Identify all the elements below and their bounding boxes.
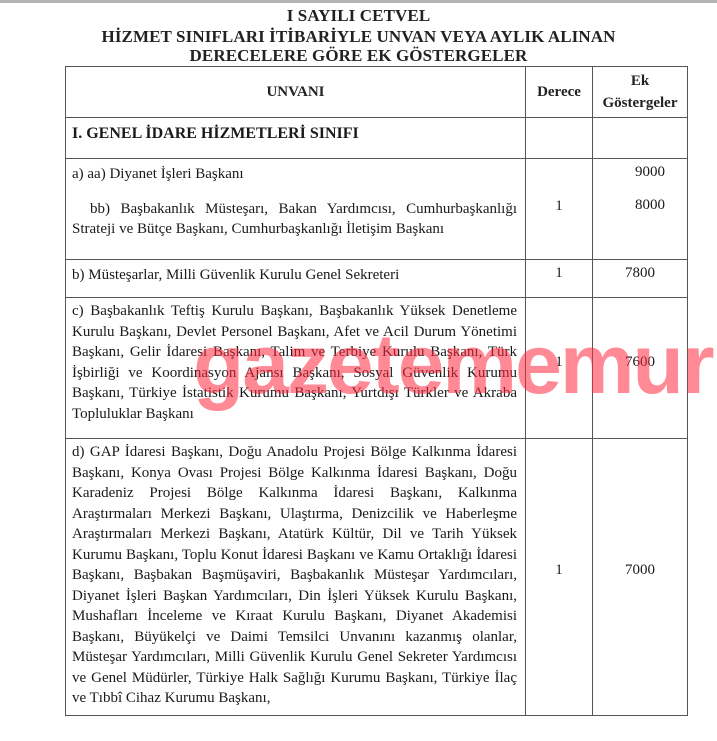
row-c-ek: 7600 <box>593 298 688 439</box>
row-d-ek: 7000 <box>593 439 688 716</box>
row-b-derece: 1 <box>526 260 593 298</box>
document-title-line-3: DERECELERE GÖRE EK GÖSTERGELER <box>0 46 717 66</box>
document-title-line-2: HİZMET SINIFLARI İTİBARİYLE UNVAN VEYA A… <box>0 27 717 47</box>
row-a-aa-text: a) aa) Diyanet İşleri Başkanı <box>66 159 525 185</box>
row-a-ek: 9000 8000 <box>593 159 688 260</box>
header-ek-line-1: Ek <box>631 73 649 89</box>
table-row: a) aa) Diyanet İşleri Başkanı bb) Başbak… <box>66 159 688 260</box>
row-a-unvan: a) aa) Diyanet İşleri Başkanı bb) Başbak… <box>66 159 526 260</box>
section-derece-cell <box>526 118 593 159</box>
header-unvan: UNVANI <box>66 67 526 118</box>
row-a-ek-aa: 9000 <box>593 159 687 181</box>
table-header-row: UNVANI Derece Ek Göstergeler <box>66 67 688 118</box>
header-derece: Derece <box>526 67 593 118</box>
row-c-unvan: c) Başbakanlık Teftiş Kurulu Başkanı, Ba… <box>66 298 526 439</box>
row-a-bb-text: bb) Başbakanlık Müsteşarı, Bakan Yardımc… <box>66 185 525 240</box>
row-a-ek-bb: 8000 <box>593 181 687 214</box>
section-row: I. GENEL İDARE HİZMETLERİ SINIFI <box>66 118 688 159</box>
header-ek-line-2: Göstergeler <box>603 95 678 111</box>
document-title-line-1: I SAYILI CETVEL <box>0 6 717 26</box>
row-d-unvan: d) GAP İdaresi Başkanı, Doğu Anadolu Pro… <box>66 439 526 716</box>
row-c-derece: 1 <box>526 298 593 439</box>
table-row: d) GAP İdaresi Başkanı, Doğu Anadolu Pro… <box>66 439 688 716</box>
section-ek-cell <box>593 118 688 159</box>
table-row: c) Başbakanlık Teftiş Kurulu Başkanı, Ba… <box>66 298 688 439</box>
ek-gosterge-table: UNVANI Derece Ek Göstergeler I. GENEL İD… <box>65 66 688 716</box>
header-ek-gostergeler: Ek Göstergeler <box>593 67 688 118</box>
row-a-derece: 1 <box>526 159 593 260</box>
table-row: b) Müsteşarlar, Milli Güvenlik Kurulu Ge… <box>66 260 688 298</box>
row-d-derece: 1 <box>526 439 593 716</box>
section-title: I. GENEL İDARE HİZMETLERİ SINIFI <box>66 118 526 159</box>
row-b-unvan: b) Müsteşarlar, Milli Güvenlik Kurulu Ge… <box>66 260 526 298</box>
top-edge-divider <box>0 0 717 3</box>
row-b-ek: 7800 <box>593 260 688 298</box>
